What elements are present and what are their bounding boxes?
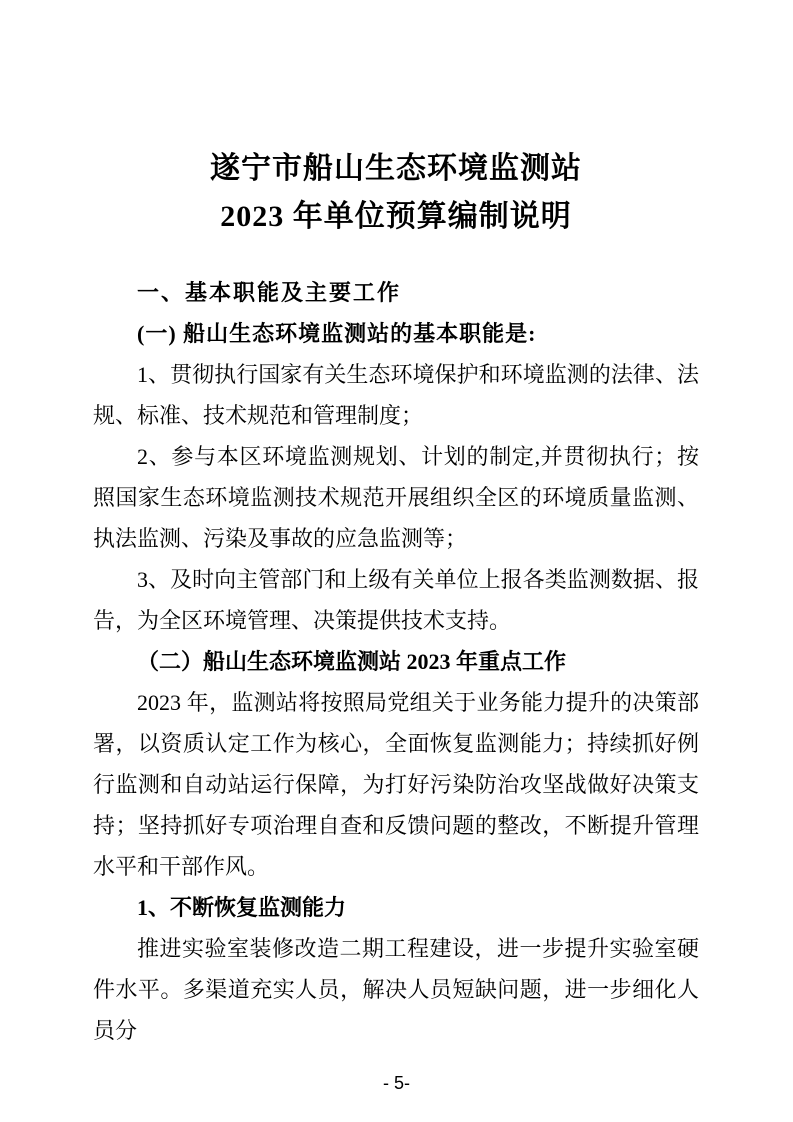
page-number: - 5- (0, 1073, 793, 1094)
paragraph-duty-3: 3、及时向主管部门和上级有关单位上报各类监测数据、报告，为全区环境管理、决策提供… (93, 559, 699, 641)
paragraph-keywork-overview: 2023 年，监测站将按照局党组关于业务能力提升的决策部署，以资质认定工作为核心… (93, 682, 699, 887)
paragraph-duty-2: 2、参与本区环境监测规划、计划的制定,并贯彻执行；按照国家生态环境监测技术规范开… (93, 436, 699, 559)
paragraph-duty-1: 1、贯彻执行国家有关生态环境保护和环境监测的法律、法规、标准、技术规范和管理制度… (93, 354, 699, 436)
subheading-restore-capacity: 1、不断恢复监测能力 (93, 887, 699, 928)
document-body: 一、基本职能及主要工作 (一) 船山生态环境监测站的基本职能是: 1、贯彻执行国… (93, 272, 699, 1051)
paragraph-restore-capacity: 推进实验室装修改造二期工程建设，进一步提升实验室硬件水平。多渠道充实人员，解决人… (93, 928, 699, 1051)
document-title-line-1: 遂宁市船山生态环境监测站 (93, 145, 699, 193)
document-title-line-2: 2023 年单位预算编制说明 (93, 193, 699, 241)
document-title: 遂宁市船山生态环境监测站 2023 年单位预算编制说明 (93, 145, 699, 241)
document-page: 遂宁市船山生态环境监测站 2023 年单位预算编制说明 一、基本职能及主要工作 … (0, 0, 793, 1122)
subsection-heading-1-1: (一) 船山生态环境监测站的基本职能是: (93, 313, 699, 354)
subsection-heading-1-2: （二）船山生态环境监测站 2023 年重点工作 (93, 641, 699, 682)
section-heading-1: 一、基本职能及主要工作 (93, 272, 699, 313)
